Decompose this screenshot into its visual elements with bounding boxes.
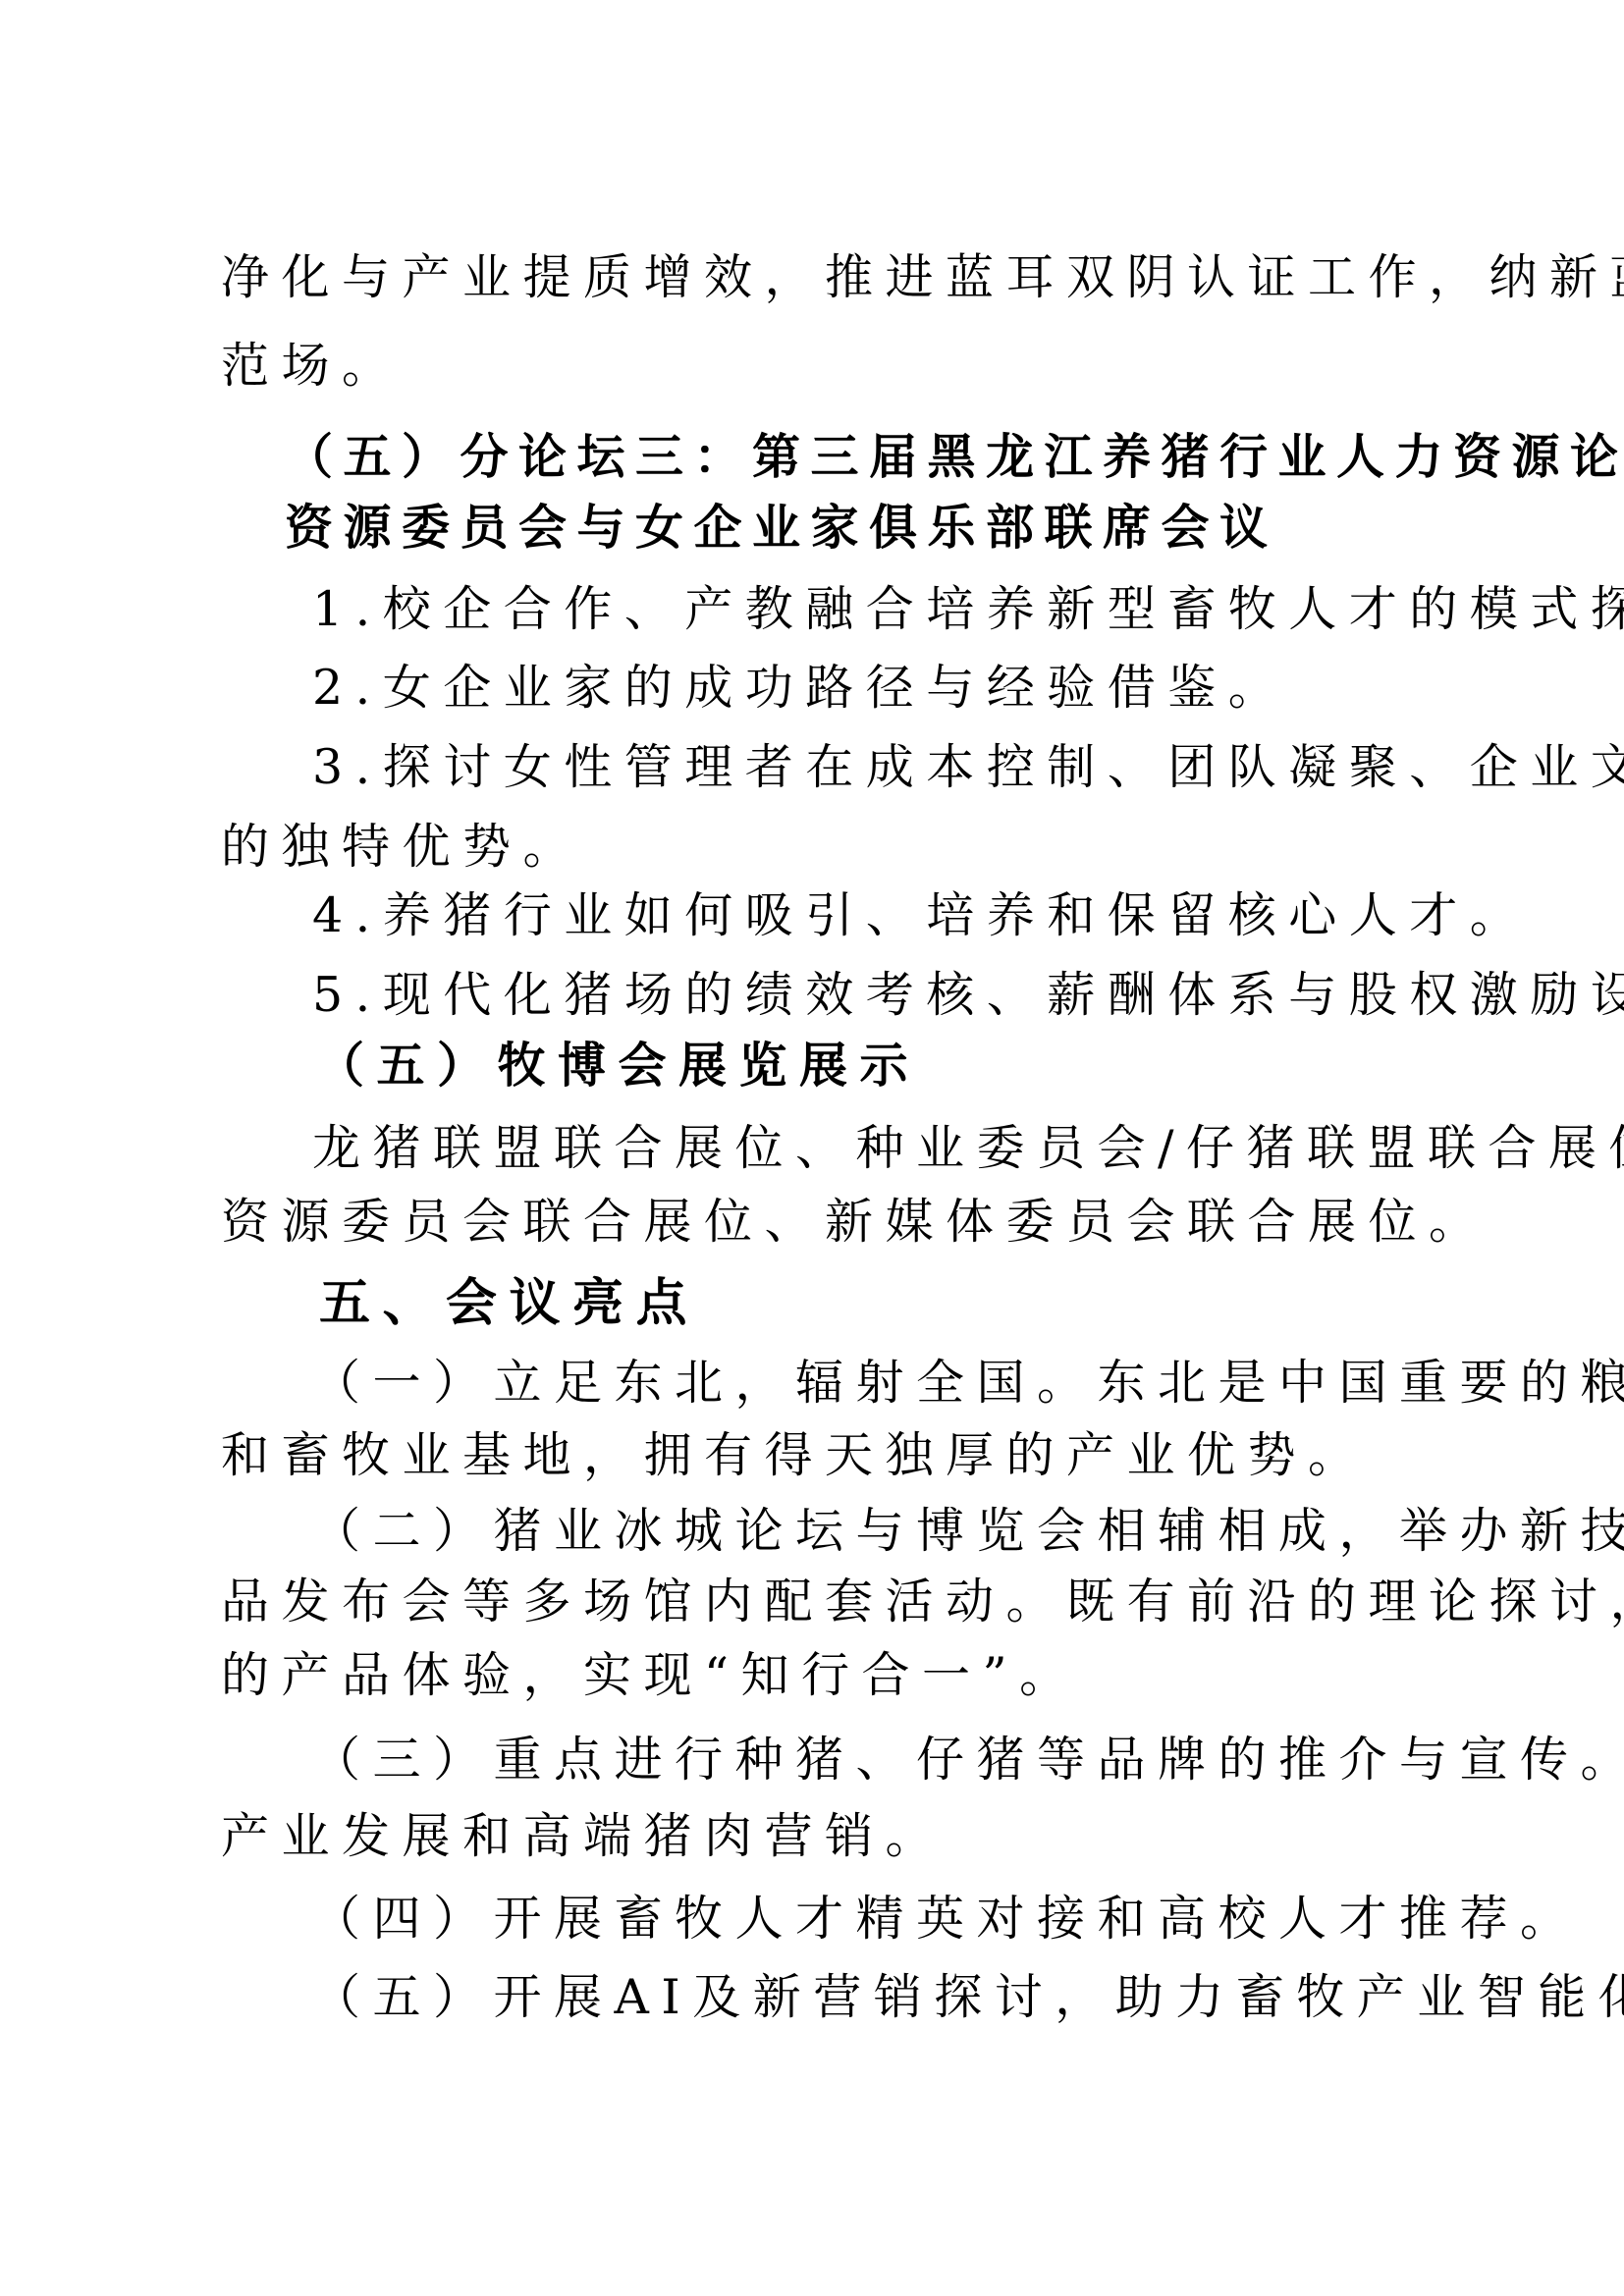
paragraph-line: 和畜牧业基地，拥有得天独厚的产业优势。 — [221, 1421, 1434, 1490]
paragraph-line: （五）开展AI及新营销探讨，助力畜牧产业智能化、信息 — [312, 1963, 1525, 2032]
paragraph-line: 的产品体验，实现“知行合一”。 — [221, 1641, 1434, 1710]
document-page: 净化与产业提质增效，推进蓝耳双阴认证工作，纳新蓝耳双阴示 范场。 （五）分论坛三… — [0, 0, 1624, 2296]
paragraph-line: （四）开展畜牧人才精英对接和高校人才推荐。 — [312, 1885, 1525, 1953]
paragraph-line: 范场。 — [221, 332, 1434, 400]
list-item: 5.现代化猪场的绩效考核、薪酬体系与股权激励设计。 — [312, 961, 1525, 1030]
list-item: 2.女企业家的成功路径与经验借鉴。 — [312, 654, 1525, 722]
section-heading-exhibition: （五）牧博会展览展示 — [316, 1032, 1529, 1100]
paragraph-line: （二）猪业冰城论坛与博览会相辅相成，举办新技术、新产 — [312, 1497, 1525, 1566]
list-item-cont: 的独特优势。 — [221, 813, 1434, 881]
paragraph-line: （三）重点进行种猪、仔猪等品牌的推介与宣传。赋能黑猪 — [312, 1726, 1525, 1794]
list-item: 4.养猪行业如何吸引、培养和保留核心人才。 — [312, 881, 1525, 950]
section-heading-highlights: 五、会议亮点 — [319, 1269, 1532, 1338]
list-item: 1.校企合作、产教融合培养新型畜牧人才的模式探索。 — [312, 575, 1525, 644]
list-item: 3.探讨女性管理者在成本控制、团队凝聚、企业文化塑造中 — [312, 733, 1525, 802]
paragraph-line: 品发布会等多场馆内配套活动。既有前沿的理论探讨，也有直观 — [221, 1568, 1434, 1636]
paragraph-line: 龙猪联盟联合展位、种业委员会/仔猪联盟联合展位、人力 — [312, 1114, 1525, 1183]
paragraph-line: 产业发展和高端猪肉营销。 — [221, 1802, 1434, 1871]
paragraph-line: （一）立足东北，辐射全国。东北是中国重要的粮食主产区 — [312, 1349, 1525, 1417]
paragraph-line: 净化与产业提质增效，推进蓝耳双阴认证工作，纳新蓝耳双阴示 — [221, 243, 1434, 312]
paragraph-line: 资源委员会联合展位、新媒体委员会联合展位。 — [221, 1188, 1434, 1256]
section-heading-forum3-cont: 资源委员会与女企业家俱乐部联席会议 — [285, 494, 1497, 562]
section-heading-forum3: （五）分论坛三：第三届黑龙江养猪行业人力资源论坛暨人力 — [285, 423, 1497, 492]
